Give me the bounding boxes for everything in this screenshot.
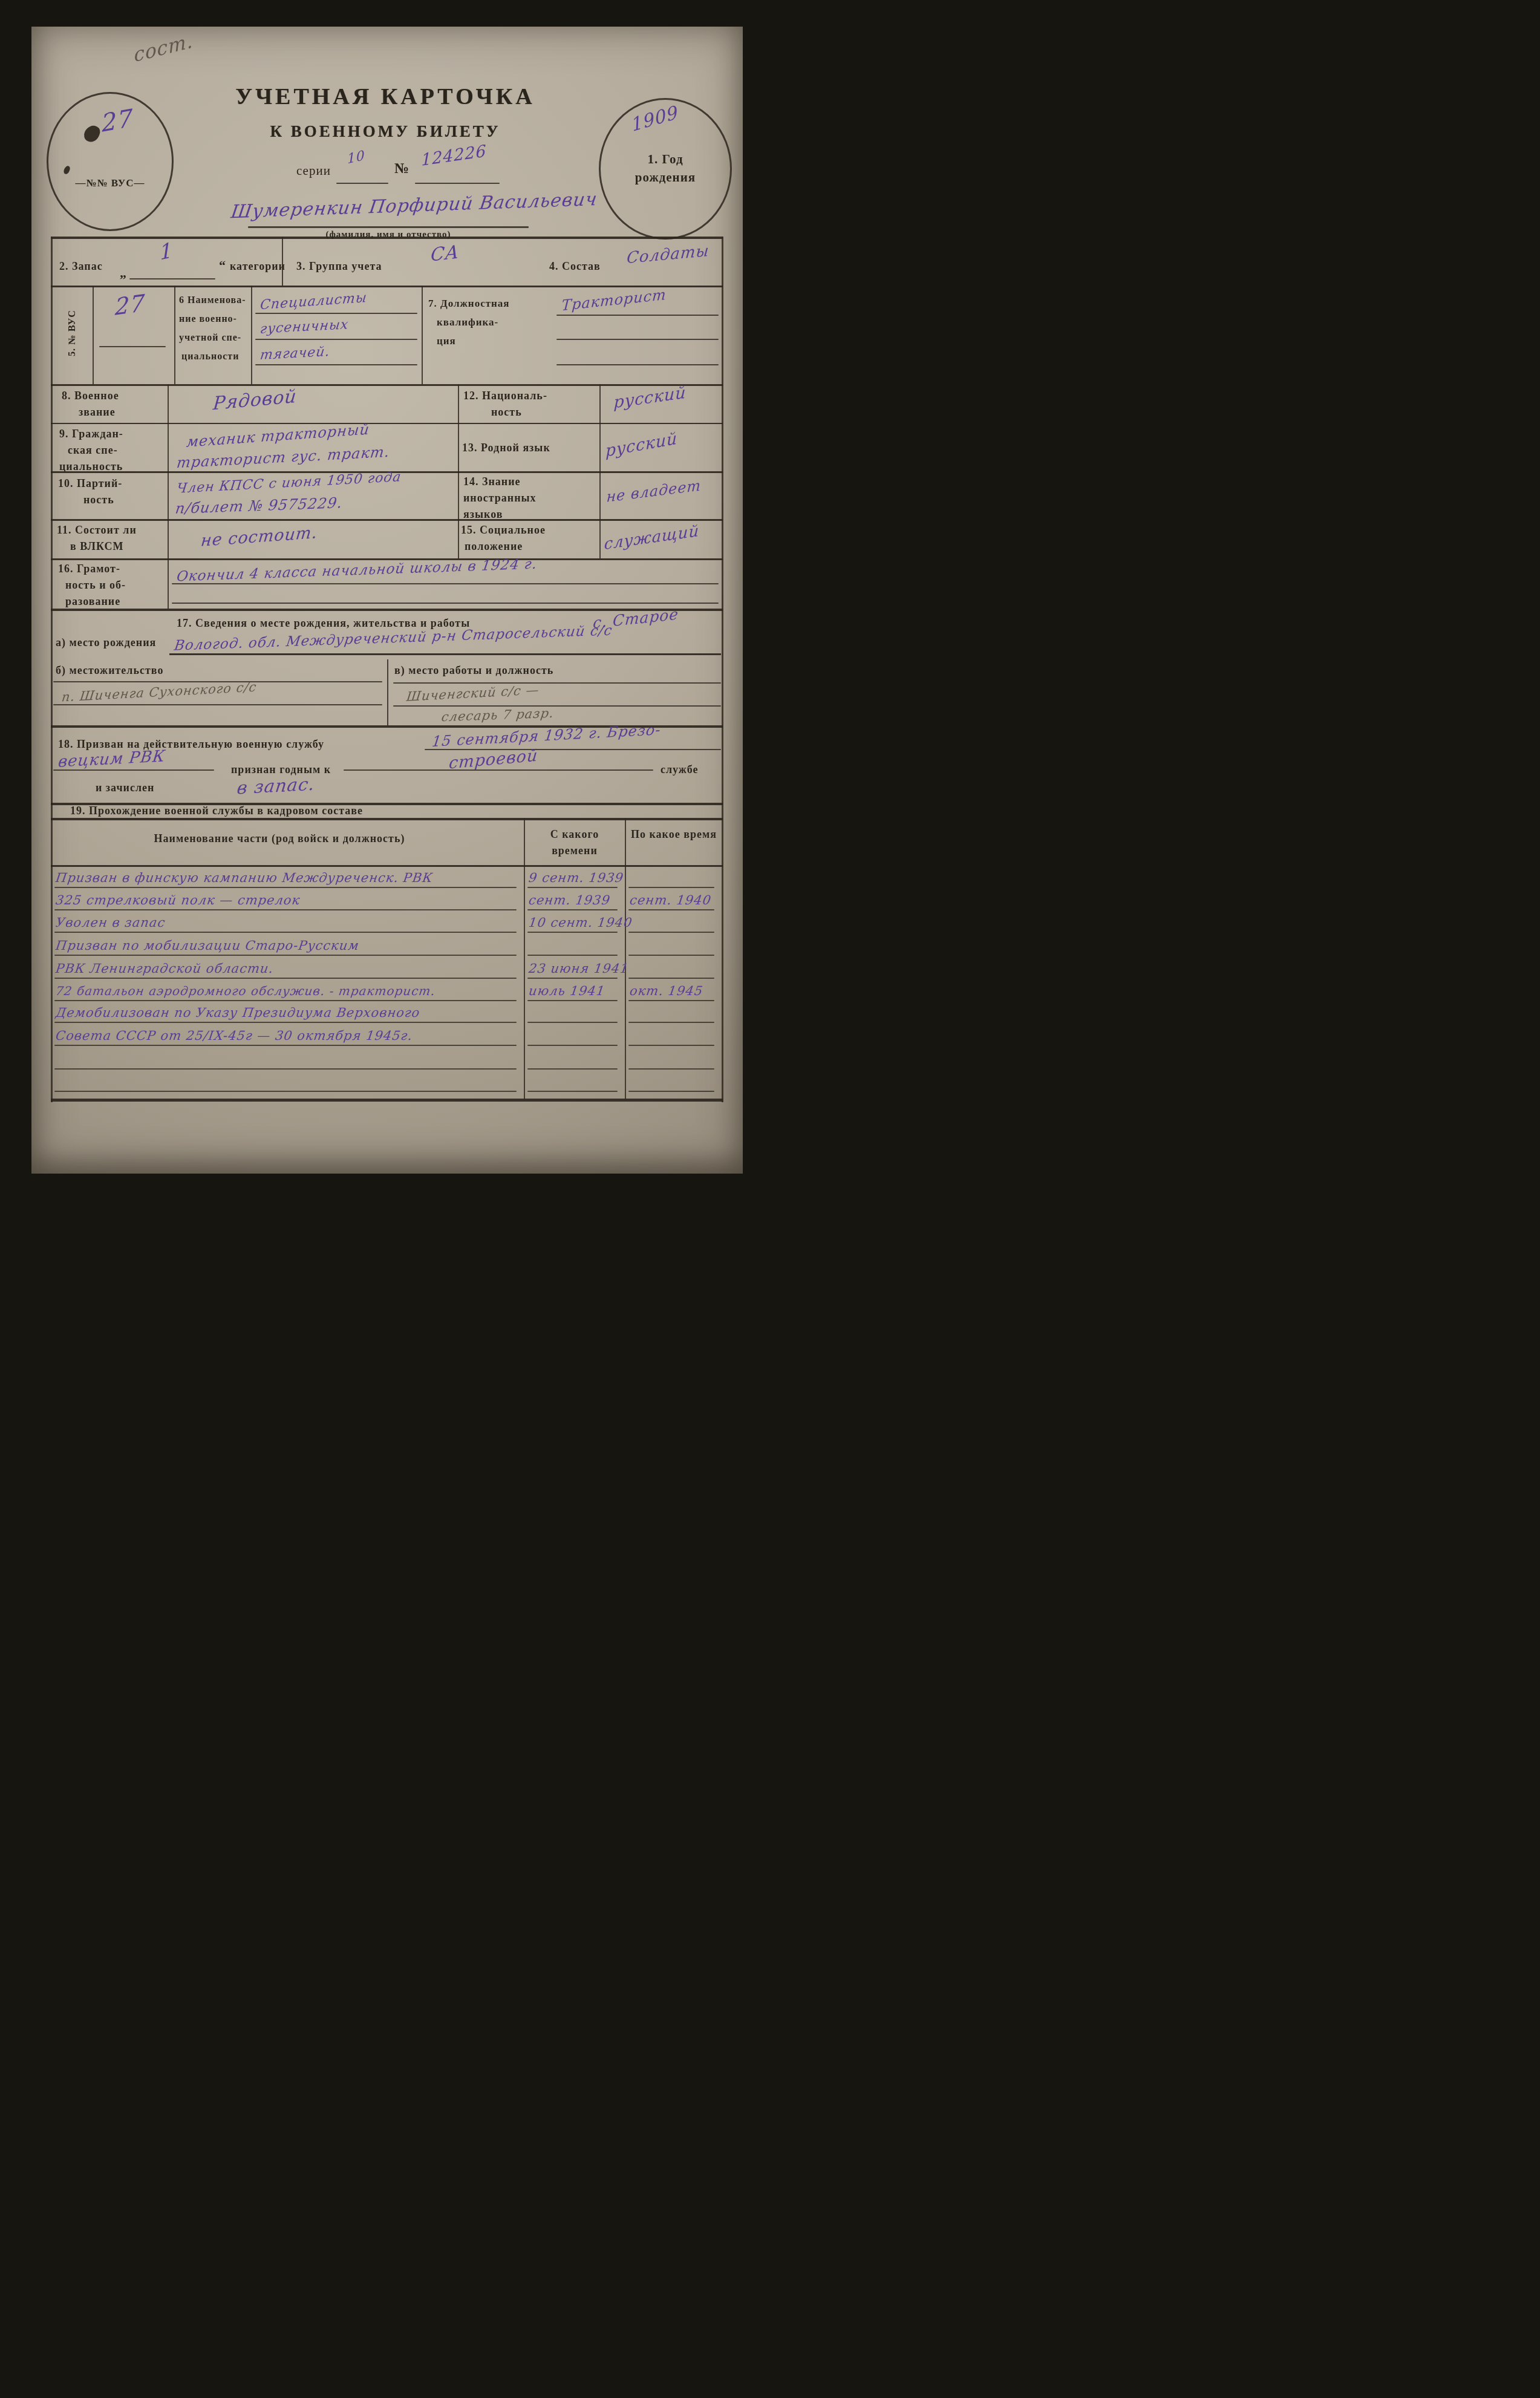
unit-text [51, 1089, 56, 1092]
from-text: сент. 1939 [523, 893, 612, 910]
field9-label-line: 9. Граждан- [59, 428, 123, 440]
vus-stamp-value: 27 [102, 104, 134, 138]
field7-label-line: 7. Должностная [428, 298, 510, 310]
work-place-value-line: Шиченгский с/с — [406, 682, 540, 704]
rule [344, 769, 653, 771]
table-row [51, 1046, 722, 1070]
field13-value: русский [605, 429, 677, 461]
corner-note: сост. [133, 29, 194, 67]
field2-rule [129, 278, 215, 279]
field6-label-line: 6 Наименова- [179, 295, 246, 306]
service-label: службе [661, 763, 698, 776]
field6-label-line: ние военно- [179, 314, 237, 325]
divider [174, 286, 175, 384]
table-row: 72 батальон аэродромного обслужив. - тра… [51, 979, 722, 1001]
field16-label-line: разование [65, 595, 120, 608]
row-border [51, 384, 723, 386]
field2-open-quote: „ [120, 265, 127, 281]
from-text: 9 сент. 1939 [523, 871, 625, 888]
field8-label-line: звание [79, 406, 116, 419]
birth-year-label-line2: рождения [601, 170, 730, 185]
residence-label: б) местожительство [56, 664, 163, 677]
series-rule [336, 183, 388, 184]
field12-label-line: 12. Националь- [463, 390, 547, 402]
to-cell [625, 933, 722, 956]
field4-label: 4. Состав [549, 260, 601, 273]
fit-value: строевой [448, 746, 539, 773]
from-cell: июль 1941 [524, 979, 625, 1001]
to-cell [625, 1023, 722, 1046]
rule [393, 705, 721, 707]
birth-year-value: 1909 [630, 102, 680, 136]
unit-cell: Призван в финскую кампанию Междуреченск.… [51, 866, 524, 888]
birth-year-label-line1: 1. Год [601, 152, 730, 167]
unit-text: Уволен в запас [50, 915, 166, 933]
field18-label: 18. Призван на действительную военную сл… [58, 738, 324, 751]
unit-cell: Совета СССР от 25/IX-45г — 30 октября 19… [51, 1023, 524, 1046]
unit-cell: Демобилизован по Указу Президиума Верхов… [51, 1001, 524, 1023]
field10-label-line: ность [83, 494, 114, 506]
field16-value: Окончил 4 класса начальной школы в 1924 … [175, 557, 538, 585]
from-text: июль 1941 [523, 984, 606, 1001]
to-cell [625, 1070, 722, 1092]
field6-value-line: гусеничных [259, 317, 350, 337]
field15-value: служащий [604, 522, 699, 554]
work-place-value-line: слесарь 7 разр. [440, 706, 555, 725]
row-border [51, 519, 723, 521]
field15-label-line: 15. Социальное [461, 524, 546, 537]
birth-place-label: а) место рождения [56, 636, 156, 649]
field11-label-line: в ВЛКСМ [70, 540, 124, 553]
rule [169, 653, 721, 655]
field14-value: не владеет [606, 477, 702, 506]
from-cell [524, 933, 625, 956]
table-row: Призван в финскую кампанию Междуреченск.… [51, 866, 722, 888]
table-row: 325 стрелковый полк — стрелок сент. 1939… [51, 888, 722, 910]
table-row: Уволен в запас 10 сент. 1940 [51, 910, 722, 933]
field8-label-line: 8. Военное [62, 390, 119, 402]
row-border [51, 423, 723, 424]
divider [422, 286, 423, 384]
field12-label-line: ность [491, 406, 522, 419]
unit-cell: Призван по мобилизации Старо-Русским [51, 933, 524, 956]
rule [556, 315, 719, 316]
field6-value-line: Специалисты [259, 290, 368, 313]
field15-label-line: положение [465, 540, 523, 553]
birth-year-stamp-circle: 1909 1. Год рождения [599, 98, 732, 240]
from-cell: 23 июня 1941 [524, 956, 625, 979]
field6-value-line: тягачей. [259, 344, 331, 363]
field6-label-line: учетной спе- [179, 333, 241, 344]
field5-label: 5. № ВУС [67, 308, 78, 356]
field11-label-line: 11. Состоит ли [57, 524, 137, 537]
field4-value: Солдаты [626, 242, 710, 267]
field2-value: 1 [160, 238, 174, 265]
unit-cell: РВК Ленинградской области. [51, 956, 524, 979]
table-row: Совета СССР от 25/IX-45г — 30 октября 19… [51, 1023, 722, 1046]
work-place-label: в) место работы и должность [394, 664, 553, 677]
field13-label: 13. Родной язык [462, 442, 550, 454]
table-row: Демобилизован по Указу Президиума Верхов… [51, 1001, 722, 1023]
number-value: 124226 [422, 142, 487, 169]
field6-label-line: циальности [181, 351, 239, 362]
field2-label: 2. Запас [59, 260, 103, 273]
field3-label: 3. Группа учета [296, 260, 382, 273]
rule [556, 339, 719, 340]
to-text: окт. 1945 [624, 984, 704, 1001]
from-cell [524, 1046, 625, 1070]
from-cell [524, 1070, 625, 1092]
vus-stamp-circle: 27 —№№ ВУС— [47, 92, 174, 231]
section17-label: 17. Сведения о месте рождения, жительств… [177, 617, 470, 630]
field18-value-line2: вецким РВК [57, 747, 166, 771]
field7-label-line: квалифика- [437, 316, 498, 328]
series-value: 10 [347, 148, 365, 168]
unit-text: РВК Ленинградской области. [50, 961, 275, 979]
rule [172, 583, 719, 584]
rule [556, 364, 719, 365]
unit-text: 325 стрелковый полк — стрелок [50, 893, 301, 910]
residence-value: п. Шиченга Сухонского с/с [61, 679, 258, 704]
rule [53, 704, 382, 705]
rule [99, 346, 166, 347]
field10-label-line: 10. Партий- [58, 477, 122, 490]
divider [387, 659, 388, 725]
divider [251, 286, 252, 384]
rule [255, 339, 417, 340]
number-sign: № [394, 161, 409, 177]
from-text [524, 1089, 529, 1092]
unit-cell: Уволен в запас [51, 910, 524, 933]
to-cell: сент. 1940 [625, 888, 722, 910]
to-cell [625, 956, 722, 979]
field19-label: 19. Прохождение военной службы в кадрово… [70, 805, 363, 817]
to-text: сент. 1940 [624, 893, 713, 910]
name-rule [248, 226, 529, 228]
field12-value: русский [613, 383, 687, 412]
vus-stamp-label: —№№ ВУС— [48, 177, 172, 189]
to-cell: окт. 1945 [625, 979, 722, 1001]
field8-value: Рядовой [212, 386, 298, 415]
field16-label-line: 16. Грамот- [58, 563, 120, 575]
full-name: Шумеренкин Порфирий Васильевич [230, 191, 547, 223]
field16-label-line: ность и об- [65, 579, 126, 592]
field5-value: 27 [114, 289, 145, 321]
from-cell: 10 сент. 1940 [524, 910, 625, 933]
divider [282, 237, 283, 286]
box-top-border [51, 237, 723, 239]
to-text [625, 1089, 630, 1092]
card-subtitle: К ВОЕННОМУ БИЛЕТУ [207, 122, 564, 141]
to-cell [625, 1001, 722, 1023]
field14-label-line: 14. Знание [463, 475, 521, 488]
unit-cell [51, 1070, 524, 1092]
field3-value: СА [430, 241, 460, 266]
table-header-from: С какого времени [527, 826, 622, 859]
table-top-border [51, 818, 723, 820]
rule [172, 603, 719, 604]
unit-text: Демобилизован по Указу Президиума Верхов… [50, 1005, 421, 1023]
from-cell [524, 1023, 625, 1046]
table-row: Призван по мобилизации Старо-Русским [51, 933, 722, 956]
rule [255, 313, 417, 314]
unit-text: Призван по мобилизации Старо-Русским [50, 938, 361, 956]
ink-blot [82, 123, 102, 145]
enlisted-label: и зачислен [96, 782, 154, 794]
row-border [51, 286, 723, 287]
box-right-border [722, 237, 723, 1102]
field2-suffix: категории [230, 260, 285, 273]
registration-card: сост. 27 —№№ ВУС— 1909 1. Год рождения У… [31, 27, 743, 1174]
to-cell [625, 866, 722, 888]
to-cell [625, 910, 722, 933]
rule [425, 749, 721, 750]
field14-label-line: иностранных [463, 492, 537, 505]
unit-cell [51, 1046, 524, 1070]
unit-text: 72 батальон аэродромного обслужив. - тра… [50, 984, 437, 1001]
box-bottom-border [51, 1099, 723, 1102]
from-cell: сент. 1939 [524, 888, 625, 910]
rule [53, 769, 214, 771]
enlisted-value: в запас. [236, 774, 316, 799]
divider [168, 384, 169, 609]
table-header-unit: Наименование части (род войск и должност… [68, 832, 491, 845]
table-row [51, 1070, 722, 1092]
card-title: УЧЕТНАЯ КАРТОЧКА [207, 83, 564, 110]
unit-cell: 72 батальон аэродромного обслужив. - тра… [51, 979, 524, 1001]
from-cell: 9 сент. 1939 [524, 866, 625, 888]
field10-value-line: п/билет № 9575229. [174, 494, 344, 517]
unit-cell: 325 стрелковый полк — стрелок [51, 888, 524, 910]
row-border [51, 558, 723, 560]
field7-label-line: ция [437, 335, 456, 347]
field9-label-line: ская спе- [68, 444, 118, 457]
number-rule [415, 183, 500, 184]
divider [93, 286, 94, 384]
rule [255, 364, 417, 365]
rule [393, 682, 721, 684]
from-text: 10 сент. 1940 [523, 915, 633, 933]
unit-text: Совета СССР от 25/IX-45г — 30 октября 19… [50, 1028, 414, 1046]
from-text: 23 июня 1941 [523, 961, 630, 979]
from-cell [524, 1001, 625, 1023]
unit-text: Призван в финскую кампанию Междуреченск.… [50, 871, 434, 888]
field11-value: не состоит. [200, 523, 319, 550]
field10-value-line: Член КПСС с июня 1950 года [176, 469, 402, 497]
to-cell [625, 1046, 722, 1070]
field2-close-quote: “ [219, 258, 226, 273]
table-row: РВК Ленинградской области. 23 июня 1941 [51, 956, 722, 979]
table-header-to: По какое время [629, 826, 719, 843]
field7-value: Тракторист [561, 286, 667, 315]
series-label: серии [296, 163, 331, 178]
